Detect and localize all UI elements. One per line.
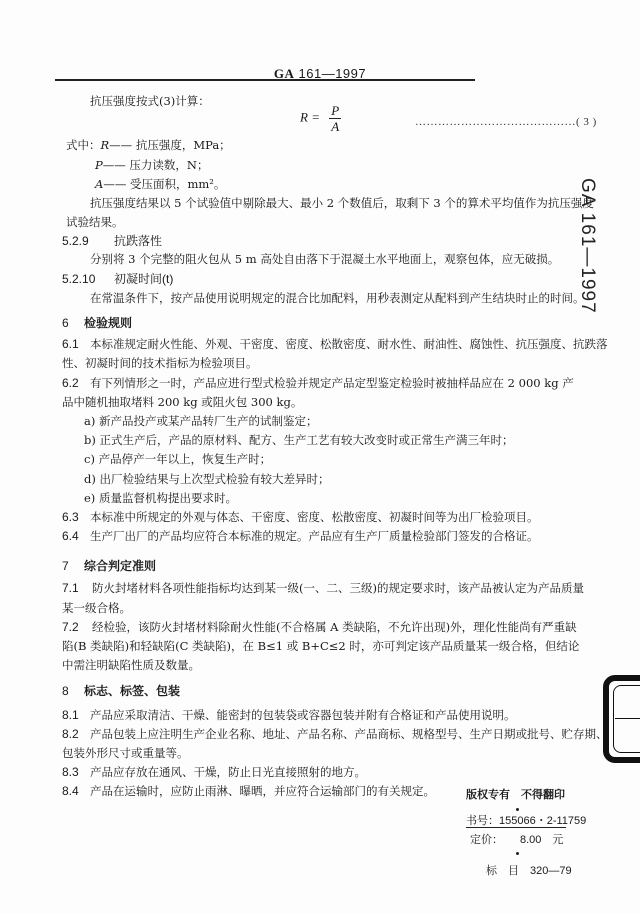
clause-6-2: 6.2有下列情形之一时，产品应进行型式检验并规定产品定型鉴定检验时被抽样品应在 … xyxy=(62,375,574,391)
clause-6-3: 6.3本标准中所规定的外观与体态、干密度、密度、松散密度、初凝时间等为出厂检验项… xyxy=(62,509,539,525)
list-item-e: e) 质量监督机构提出要求时。 xyxy=(84,490,237,506)
clause-7-2: 7.2经检验，该防火封堵材料除耐火性能(不合格属 A 类缺陷，不允许出现)外，理… xyxy=(62,619,577,635)
clause-8-4: 8.4产品在运输时，应防止雨淋、曝晒，并应符合运输部门的有关规定。 xyxy=(62,783,435,799)
list-item-d: d) 出厂检验结果与上次型式检验有较大差异时； xyxy=(84,471,330,487)
where-line-a: A—— 受压面积，mm²。 xyxy=(95,176,225,192)
price-value: 8.00 元 xyxy=(520,834,563,846)
thumb-tab-marker xyxy=(603,675,640,763)
equation-number: ( 3 ) xyxy=(576,116,597,128)
list-item-a: a) 新产品投产或某产品转厂生产的试制鉴定； xyxy=(84,413,318,429)
section-5-2-9-text: 分别将 3 个完整的阻火包从 5 m 高处自由落下于混凝土水平地面上，观察包体，… xyxy=(90,251,559,267)
thumb-tab-line xyxy=(615,718,640,719)
formula-intro: 抗压强度按式(3)计算： xyxy=(90,93,210,109)
separator-dot xyxy=(516,808,519,811)
section-5-2-9-heading: 5.2.9抗跌落性 xyxy=(62,232,162,249)
separator-dot-2 xyxy=(516,852,519,855)
catalog-number: 标 目 320—79 xyxy=(486,862,572,878)
section-7-heading: 7综合判定准则 xyxy=(62,557,156,574)
section-5-2-10-text: 在常温条件下，按产品使用说明规定的混合比加配料，用秒表测定从配料到产生结块时止的… xyxy=(90,290,585,306)
clause-7-1: 7.1防火封堵材料各项性能指标均达到某一级(一、二、三级)的规定要求时，该产品被… xyxy=(62,580,584,596)
clause-7-2-cont-2: 中需注明缺陷性质及数量。 xyxy=(62,657,200,673)
where-line-r: 式中：R—— 抗压强度，MPa； xyxy=(66,137,231,153)
formula-denominator: A xyxy=(329,120,341,133)
clause-6-2-cont: 品中随机抽取堵料 200 kg 或阻火包 300 kg。 xyxy=(62,394,302,410)
header-rule xyxy=(55,79,475,81)
where-line-p: P—— 压力读数，N； xyxy=(95,157,208,173)
clause-8-2: 8.2产品包装上应注明生产企业名称、地址、产品名称、产品商标、规格型号、生产日期… xyxy=(62,726,608,742)
book-number: 书号：155066・2-11759 xyxy=(466,812,586,828)
clause-8-1: 8.1产品应采取清洁、干燥、能密封的包装袋或容器包装并附有合格证和产品使用说明。 xyxy=(62,707,516,723)
formula-lhs: R = xyxy=(300,109,320,124)
clause-7-2-cont-1: 陷(B 类缺陷)和轻缺陷(C 类缺陷)，在 B≤1 或 B+C≤2 时，亦可判定… xyxy=(62,638,579,654)
clause-7-1-cont: 某一级合格。 xyxy=(62,600,131,616)
list-item-c: c) 产品停产一年以上，恢复生产时； xyxy=(84,451,271,467)
result-text-2: 试验结果。 xyxy=(66,214,124,230)
clause-6-4: 6.4生产厂出厂的产品均应符合本标准的规定。产品应有生产厂质量检验部门签发的合格… xyxy=(62,528,539,544)
price-row: 定价：8.00 元 xyxy=(470,831,563,847)
copyright-notice: 版权专有 不得翻印 xyxy=(466,786,565,802)
book-number-rule xyxy=(466,827,566,828)
result-text-1: 抗压强度结果以 5 个试验值中剔除最大、最小 2 个数值后，取剩下 3 个的算术… xyxy=(90,195,594,211)
section-8-heading: 8标志、标签、包装 xyxy=(62,682,180,699)
clause-8-3: 8.3产品应存放在通风、干燥，防止日光直接照射的地方。 xyxy=(62,764,366,780)
price-label: 定价： xyxy=(470,831,520,847)
section-5-2-10-heading: 5.2.10初凝时间(t) xyxy=(62,270,173,287)
clause-6-1-cont: 性、初凝时间的技术指标为检验项目。 xyxy=(62,355,258,371)
formula: R = P A xyxy=(300,104,341,133)
list-item-b: b) 正式生产后，产品的原材料、配方、生产工艺有较大改变时或正常生产满三年时； xyxy=(84,432,514,448)
section-6-heading: 6检验规则 xyxy=(62,314,132,331)
formula-fraction: P A xyxy=(329,104,341,133)
equation-leader: ……………………………………( 3 ) xyxy=(415,116,597,128)
clause-8-2-cont: 包装外形尺寸或重量等。 xyxy=(62,745,189,761)
formula-numerator: P xyxy=(329,104,341,117)
clause-6-1: 6.1本标准规定耐火性能、外观、干密度、密度、松散密度、耐水性、耐油性、腐蚀性、… xyxy=(62,336,608,352)
